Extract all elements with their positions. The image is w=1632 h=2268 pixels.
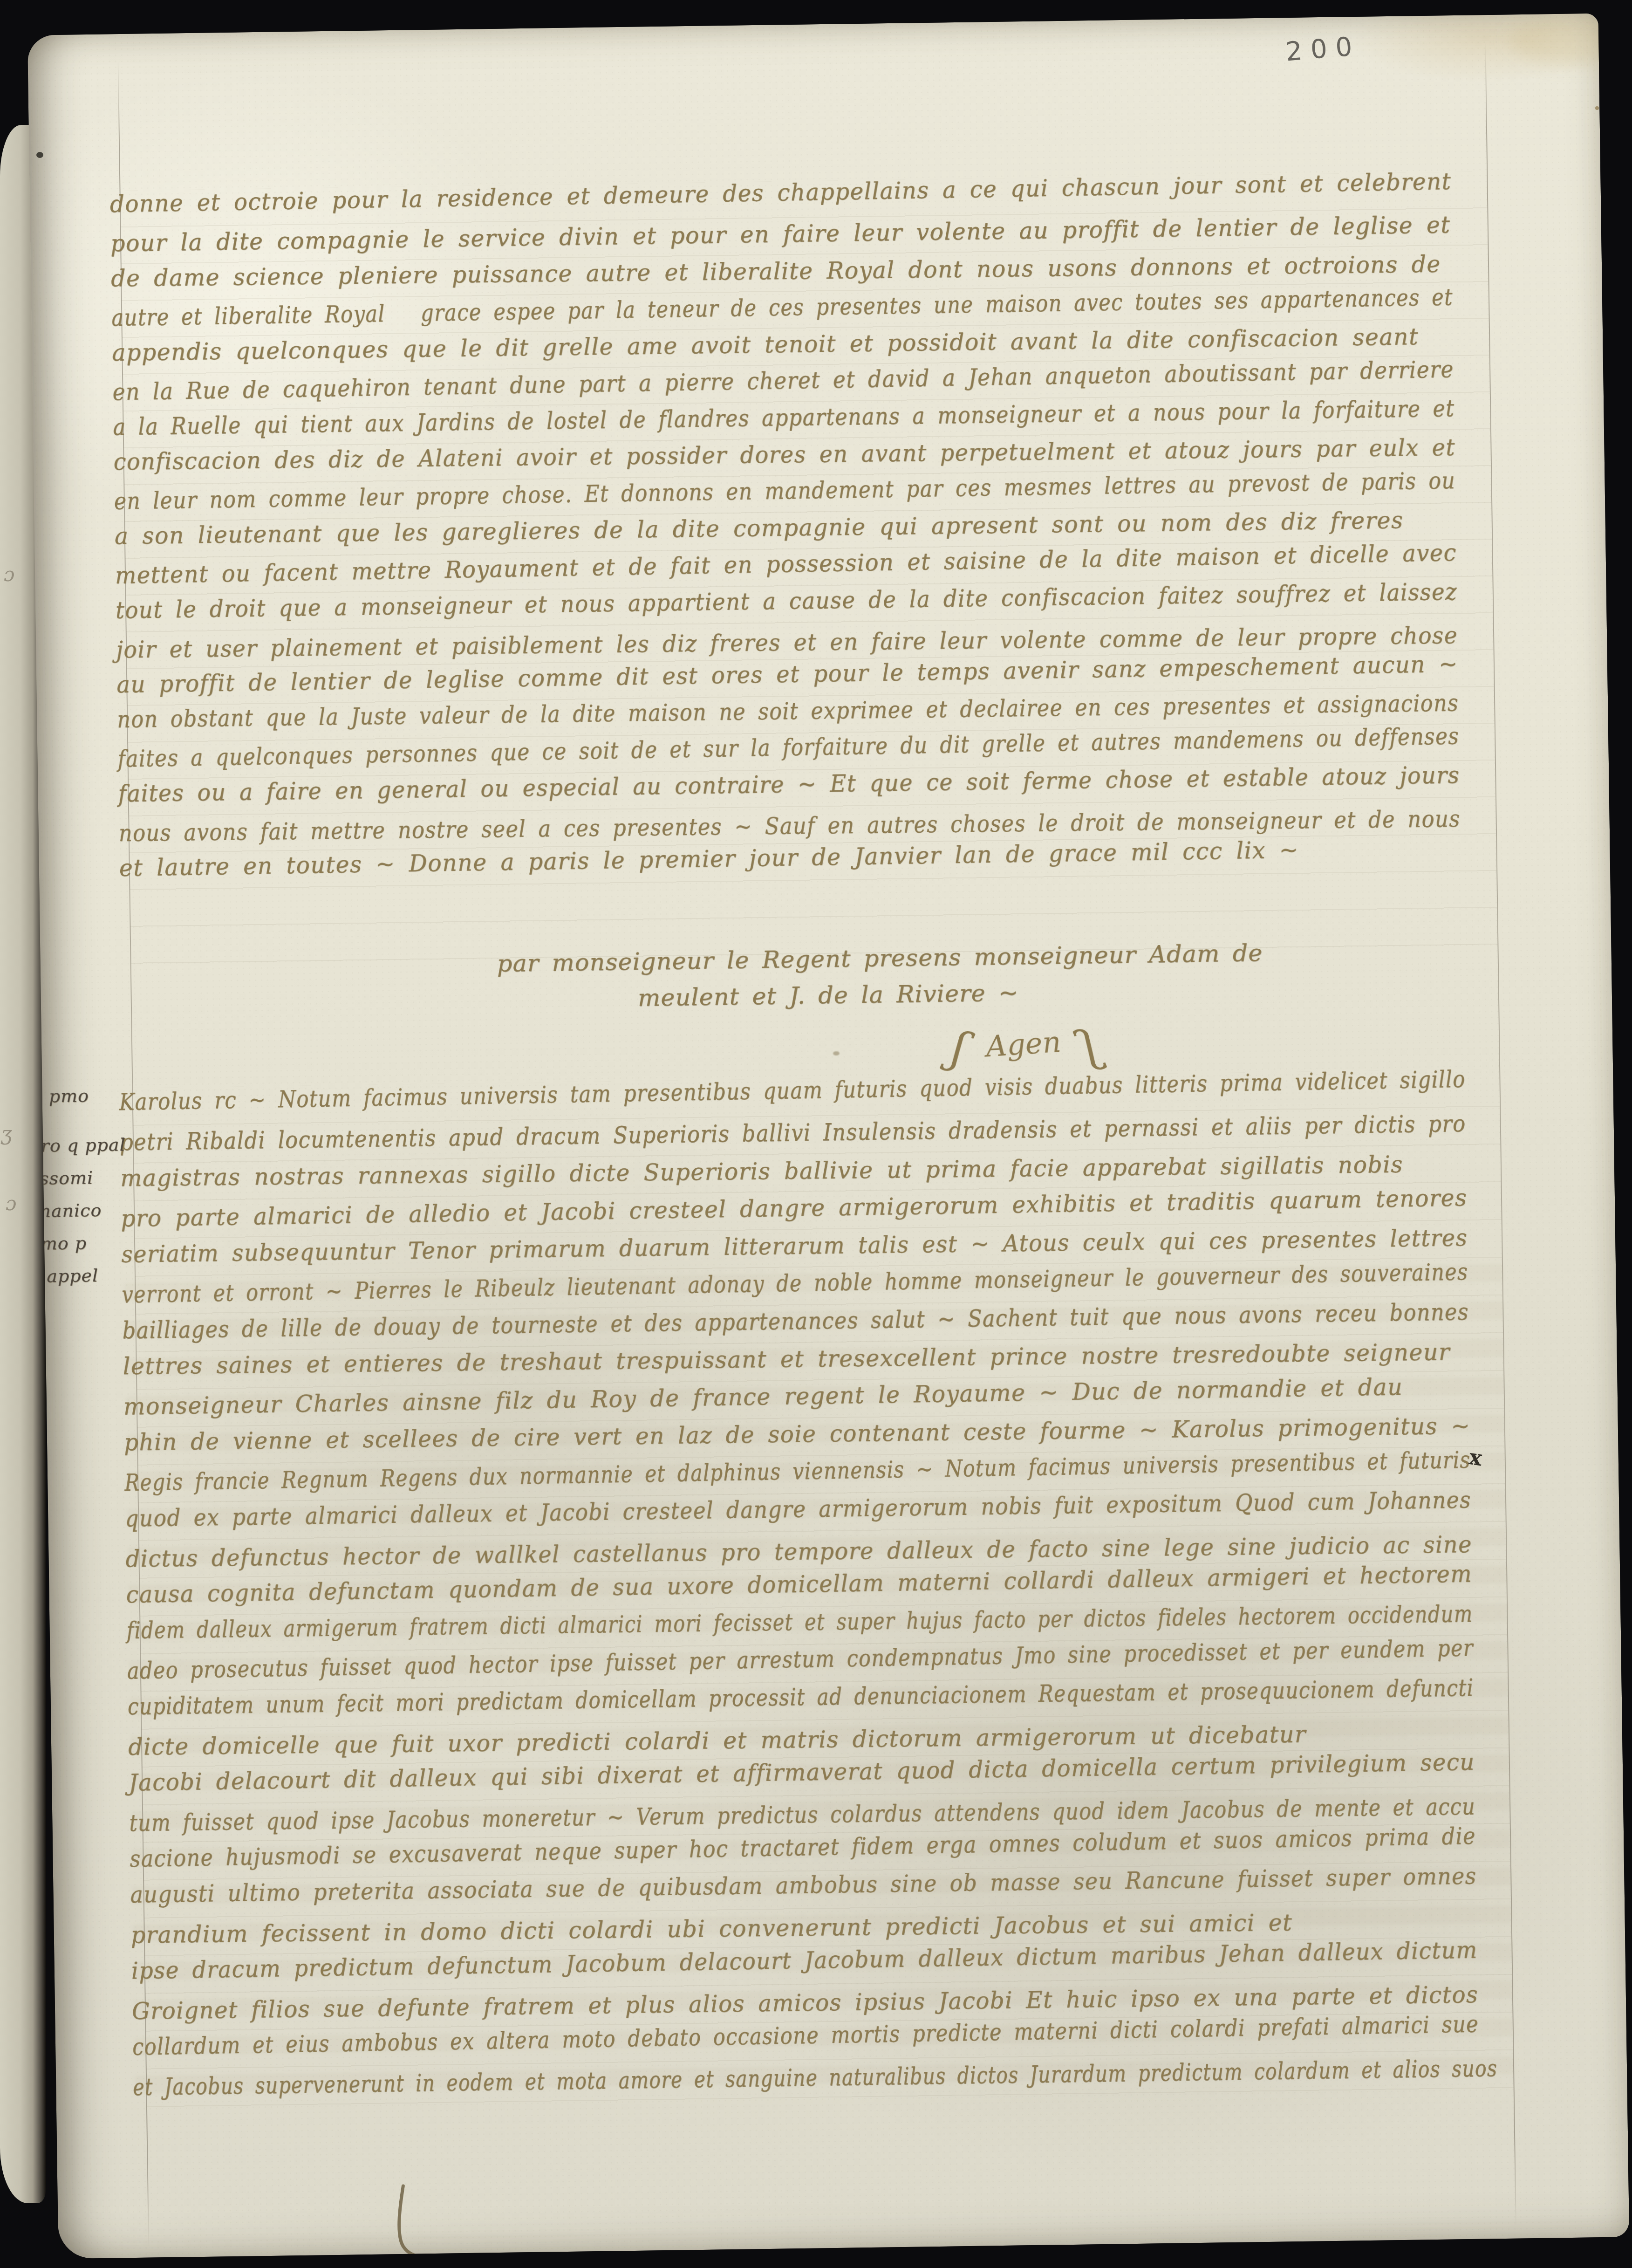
text-line: ob appel: [27, 1258, 163, 1293]
manuscript-page: 200 donne et octroie pour la residence e…: [27, 14, 1629, 2259]
text-line: llemo p: [27, 1226, 162, 1260]
ink-speck: [833, 1051, 840, 1055]
entry-french-text-block: donne et octroie pour la residence et de…: [109, 169, 1490, 887]
text-line: almanico: [27, 1193, 162, 1227]
text-line: n fro q ppal: [27, 1128, 161, 1162]
margin-annotations: ius pmon fro q ppalm ssomialmanicollemo …: [27, 1078, 163, 1293]
entry-latin-text-block: Karolus rc ~ Notum facimus universis tam…: [119, 1066, 1508, 2104]
text-line: ius pmo: [27, 1078, 160, 1113]
quire-mark-stroke: [389, 2183, 423, 2259]
folio-number: 200: [1284, 31, 1362, 67]
text-line: m ssomi: [27, 1160, 161, 1195]
sliver-ink-mark: ʒ: [1, 1122, 12, 1145]
closing-formula: par monseigneur le Regent presens monsei…: [497, 937, 1159, 1019]
ink-speck: [1595, 106, 1599, 110]
sliver-ink-mark: ɔ: [4, 563, 15, 586]
ink-speck: [36, 152, 43, 158]
parchment-stain: [1509, 14, 1630, 66]
sliver-ink-mark: ɔ: [6, 1192, 17, 1215]
